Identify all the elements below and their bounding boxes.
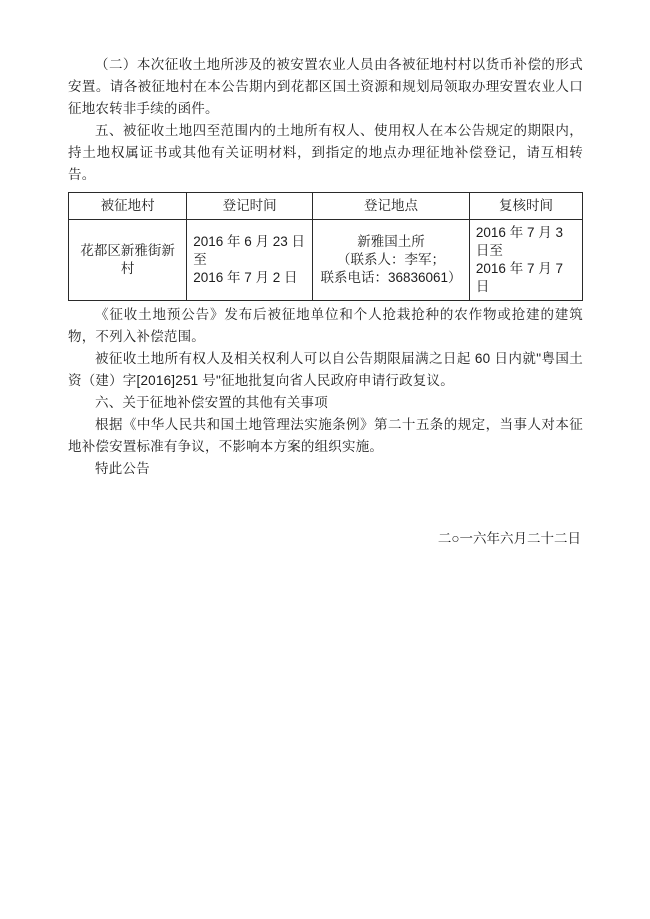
paragraph-registration-instruction: 五、被征收土地四至范围内的土地所有权人、使用权人在本公告规定的期限内，持土地权属…	[68, 120, 583, 186]
village-name: 花都区新雅街新村	[80, 243, 175, 276]
table-header-row: 被征地村 登记时间 登记地点 复核时间	[69, 193, 583, 220]
paragraph-dispute-clause: 根据《中华人民共和国土地管理法实施条例》第二十五条的规定，当事人对本征地补偿安置…	[68, 414, 583, 458]
table-row: 花都区新雅街新村 2016 年 6 月 23 日至 2016 年 7 月 2 日…	[69, 220, 583, 301]
col-header-registration-place: 登记地点	[313, 193, 470, 220]
registration-time-start: 2016 年 6 月 23 日至	[193, 234, 305, 267]
registration-place-contact: （联系人：李军；	[337, 252, 445, 267]
registration-time-end: 2016 年 7 月 2 日	[193, 270, 297, 285]
document-date: 二○一六年六月二十二日	[68, 528, 583, 550]
paragraph-pre-announcement-exclusion: 《征收土地预公告》发布后被征地单位和个人抢栽抢种的农作物或抢建的建筑物，不列入补…	[68, 304, 583, 348]
cell-registration-place: 新雅国土所 （联系人：李军； 联系电话：36836061）	[313, 220, 470, 301]
registration-place-phone: 联系电话：36836061）	[320, 270, 461, 285]
cell-village: 花都区新雅街新村	[69, 220, 187, 301]
review-time-start: 2016 年 7 月 3 日至	[476, 225, 563, 258]
col-header-registration-time: 登记时间	[187, 193, 313, 220]
document-content: （二）本次征收土地所涉及的被安置农业人员由各被征地村村以货币补偿的形式安置。请各…	[0, 0, 650, 550]
cell-review-time: 2016 年 7 月 3 日至 2016 年 7 月 7 日	[469, 220, 582, 301]
paragraph-hereby-announced: 特此公告	[68, 458, 583, 480]
col-header-expropriated-village: 被征地村	[69, 193, 187, 220]
document-page: （二）本次征收土地所涉及的被安置农业人员由各被征地村村以货币补偿的形式安置。请各…	[0, 0, 650, 919]
col-header-review-time: 复核时间	[469, 193, 582, 220]
registration-place-name: 新雅国土所	[357, 234, 425, 249]
registration-table: 被征地村 登记时间 登记地点 复核时间 花都区新雅街新村 2016 年 6 月 …	[68, 192, 583, 301]
cell-registration-time: 2016 年 6 月 23 日至 2016 年 7 月 2 日	[187, 220, 313, 301]
review-time-end: 2016 年 7 月 7 日	[476, 261, 563, 294]
paragraph-resettlement-compensation: （二）本次征收土地所涉及的被安置农业人员由各被征地村村以货币补偿的形式安置。请各…	[68, 54, 583, 120]
heading-other-matters: 六、关于征地补偿安置的其他有关事项	[68, 392, 583, 414]
paragraph-administrative-review: 被征收土地所有权人及相关权利人可以自公告期限届满之日起 60 日内就"粤国土资（…	[68, 348, 583, 392]
